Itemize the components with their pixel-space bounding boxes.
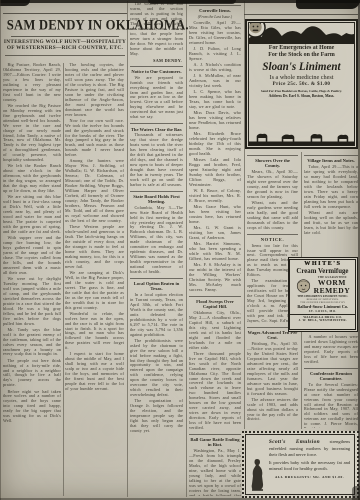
paragraph: We left the Booker Ranch about nine o'cl… (3, 164, 61, 194)
article-heading: Flood Sweeps Over Capitol Hill. (189, 296, 241, 309)
column-rule-1-2 (63, 63, 64, 496)
paragraph: The organization of Orange Jr. lodges fo… (130, 399, 183, 434)
paragraph: Oklahoma City, Okla., May 2.—A cloudburs… (189, 311, 241, 351)
article-heading: Local Option Beaten in Texas. (130, 278, 183, 291)
paragraph: Wonderful to relate, the wolves here run… (65, 312, 124, 352)
paragraph: The people out here think nothing of a f… (3, 359, 61, 389)
notice-heading: NOTICE. (247, 234, 298, 242)
whites-company-city: ST. LOUIS, MO. (290, 310, 355, 313)
news-column-4: Cornville Items.(From the Last Issue.)Co… (189, 2, 241, 496)
scotts-lead-sentence: Scott's Emulsion strengthens enfeebled n… (269, 439, 350, 457)
nursing-mother-figure-icon (246, 435, 267, 493)
news-column-6-lower: A number of houses were carried down Lig… (304, 335, 358, 428)
paragraph: The advance restores the scale of 1903, … (247, 398, 298, 423)
paragraph: I expect to start for home about the mid… (65, 352, 124, 392)
dateline-note: (From the Last Issue.) (189, 15, 241, 20)
scotts-ad-text: Scott's Emulsion strengthens enfeebled n… (267, 435, 354, 493)
paragraph: A. J. Nichols's condition is worse at th… (189, 63, 241, 73)
paragraph: Mr. Tandy says the blue wolf is the grea… (3, 328, 61, 358)
sloans-liniment-ad: For Emergencies at Home For the Stock on… (245, 19, 358, 149)
sloans-ad-inner-border: For Emergencies at Home For the Stock on… (248, 22, 355, 146)
sloan-brand-name: Sloan's Liniment (251, 61, 352, 73)
paragraph: W. E. Bruce, of Colony, visited his moth… (189, 189, 241, 204)
paragraph: We were out by daylight Tuesday morning.… (3, 277, 61, 327)
whites-local-sellers: WALHALLA DRUG CO. J. W. BELL, WESTMINSTE… (290, 314, 355, 323)
scotts-ad-inner-border: Scott's Emulsion strengthens enfeebled n… (245, 434, 355, 494)
news-column-2: The howling coyotes, the hooting owls an… (65, 63, 124, 496)
paragraph: Mrs. F. S. McAuley is in our midst in th… (189, 263, 241, 293)
scotts-emulsion-ad: Scott's Emulsion strengthens enfeebled n… (242, 431, 359, 498)
paragraph: Mrs. G. W. Grant is visiting her son, Ja… (189, 226, 241, 241)
scan-smudge-top-center (148, 0, 236, 4)
rule-below-subhead (5, 55, 125, 56)
paragraph: We are prepared to furnish our friends w… (130, 76, 183, 121)
article-heading: Cornville Items. (189, 5, 241, 13)
whites-remedy-word: REMEDY (314, 287, 351, 294)
paragraph: L. C. Spence, who has been making his ho… (189, 90, 241, 110)
paragraph: Columbia, May 3.—The new State Board of … (130, 206, 183, 275)
baby-face-icon (295, 278, 312, 293)
whites-cream-vermifuge-ad: WHITE'S Cream Vermifuge THE GUARANTEED W… (288, 257, 359, 332)
paragraph: Mrs. Harriet Simmons, who has been spend… (189, 242, 241, 262)
news-column-6-upper: Village Items and Notes.Tabor, April 29.… (304, 152, 358, 255)
paragraph: With supper over and the camp fire burni… (3, 236, 61, 276)
news-column-3: The weather is fine and warm, and the se… (130, 2, 183, 496)
paragraph: Miss Dora Davis, who has been visiting r… (189, 111, 241, 131)
paragraph: We are sitting out this blue wolf hunt i… (3, 195, 61, 235)
paragraph: J. S. McMullen, of near Anderson, was in… (189, 74, 241, 89)
sloan-booklet-offer: Send For Free Booklet on Horses, Cattle,… (253, 90, 350, 94)
article-heading: Notice to Our Customers. (130, 66, 183, 74)
scotts-brand-name: Scott's Emulsion (269, 439, 320, 445)
paragraph: In a local option election in Tarrant co… (130, 293, 183, 338)
article-heading: Confederate Reunion Committee. (304, 368, 358, 381)
article-heading: Village Items and Notes. (304, 155, 358, 163)
paragraph: J. D. Fulton, of Long Branch, is visitin… (189, 47, 241, 62)
article-heading: State Board Holds First Meeting. (130, 191, 183, 204)
page-headline: SAM DENDY IN OKLAHOMA. (7, 17, 124, 32)
rule-above-sloan-ad (244, 14, 358, 15)
paragraph: The howling coyotes, the hooting owls an… (65, 63, 124, 117)
scan-smudge-top-left (0, 0, 30, 6)
whites-ad-inner-border: WHITE'S Cream Vermifuge THE GUARANTEED W… (289, 259, 356, 330)
paragraph: The prohibitionists were asked by the ch… (130, 339, 183, 398)
article-heading: Ball Game Battle Ending in Riot. (189, 434, 241, 447)
paragraph: The weather is fine and warm, and the se… (130, 2, 183, 56)
news-column-1: Big Pasture, Booker Ranch, Oklahoma Terr… (3, 63, 61, 496)
grazing-stock-scene-icon (249, 128, 354, 145)
scan-left-edge (0, 0, 1, 500)
scan-smudge-bottom-right (352, 486, 360, 500)
lead-article-header: SAM DENDY IN OKLAHOMA. INTERESTING WOLF … (3, 13, 127, 56)
paragraph: Cornville, April 29.—Miss Etta Giles, wh… (189, 21, 241, 46)
scotts-body-2: It provides baby with the necessary fat … (269, 460, 350, 471)
paragraph: Wheat and oats are looking well on the u… (304, 211, 358, 236)
paragraph: Mrs. Elizabeth Bruce celebrated her eigh… (189, 132, 241, 157)
paragraph: Before night we had taken three wolves a… (3, 390, 61, 425)
subheadline-line1: INTERESTING WOLF HUNT—HOSPITALITY (3, 39, 127, 46)
paragraph: A number of houses were carried down Lig… (304, 335, 358, 365)
dr-sloan-portrait-icon (248, 22, 266, 38)
sloan-price: Price 25c. 50c. & $1.00 (249, 82, 354, 88)
paragraph: We are camping at Dick's Well, in the Bi… (65, 271, 124, 311)
column-rule-2-3 (127, 1, 128, 497)
article-heading: The Waters Clear the Bar. (130, 123, 183, 131)
paragraph: Pittsburg, Pa., April 30.—Notice was pos… (247, 342, 298, 396)
sloan-tagline: Is a whole medicine chest (249, 74, 354, 81)
paragraph: Big Pasture, Booker Ranch, Oklahoma Terr… (3, 63, 61, 103)
paragraph: To the Several Counties: Please notify t… (304, 383, 358, 428)
scotts-druggists-line: ALL DRUGGISTS: 50c. AND $1.00. (269, 475, 350, 479)
signature: SAM DENDY. (130, 58, 182, 63)
rule-below-headline (11, 36, 119, 37)
paragraph: Three thousand people live on Capitol Hi… (189, 352, 241, 431)
article-heading: Showers Over the County. (247, 155, 298, 168)
whites-seller-2: J. W. BELL, WESTMINSTER. (290, 319, 355, 323)
newspaper-page-scan: SAM DENDY IN OKLAHOMA. INTERESTING WOLF … (0, 0, 360, 500)
sloan-line2: For the Stock on the Farm (249, 52, 354, 59)
paragraph: These Western people are whole-souled an… (65, 225, 124, 270)
paragraph: Thousands of witnesses say that since th… (130, 133, 183, 187)
paragraph: Among the hunters were Mayor Wm. J. Stri… (65, 159, 124, 223)
column-rule-3-4 (186, 1, 187, 497)
paragraph: Wheat, oats and the early gardens were n… (247, 201, 298, 231)
paragraph: Tabor, April 29.—This is a late spring w… (304, 165, 358, 210)
whites-product-name: Cream Vermifuge (292, 268, 354, 276)
scan-smudge-top-right (296, 0, 360, 9)
rule-above-headline (3, 13, 127, 14)
paragraph: Misses Lula and Iola Boggs and brother, … (189, 158, 241, 188)
sloan-address: Address Dr. Earl S. Sloan, Boston, Mass. (252, 94, 351, 98)
paragraph: We reached the Big Pasture on Monday eve… (3, 104, 61, 163)
paragraph: Miss Grace Hunt, who has been visiting h… (189, 205, 241, 225)
paragraph: Mears, Ok., April 30.—The showers of Sat… (247, 170, 298, 200)
paragraph: Now for our own wolf race. We took the t… (65, 119, 124, 159)
subheadline-line2: OF WESTERNERS—RICH COUNTRY, ETC. (3, 45, 127, 52)
paragraph: Washington, Pa., May 1.—Fresh from his t… (189, 449, 241, 496)
sloan-line1: For Emergencies at Home (249, 45, 354, 52)
